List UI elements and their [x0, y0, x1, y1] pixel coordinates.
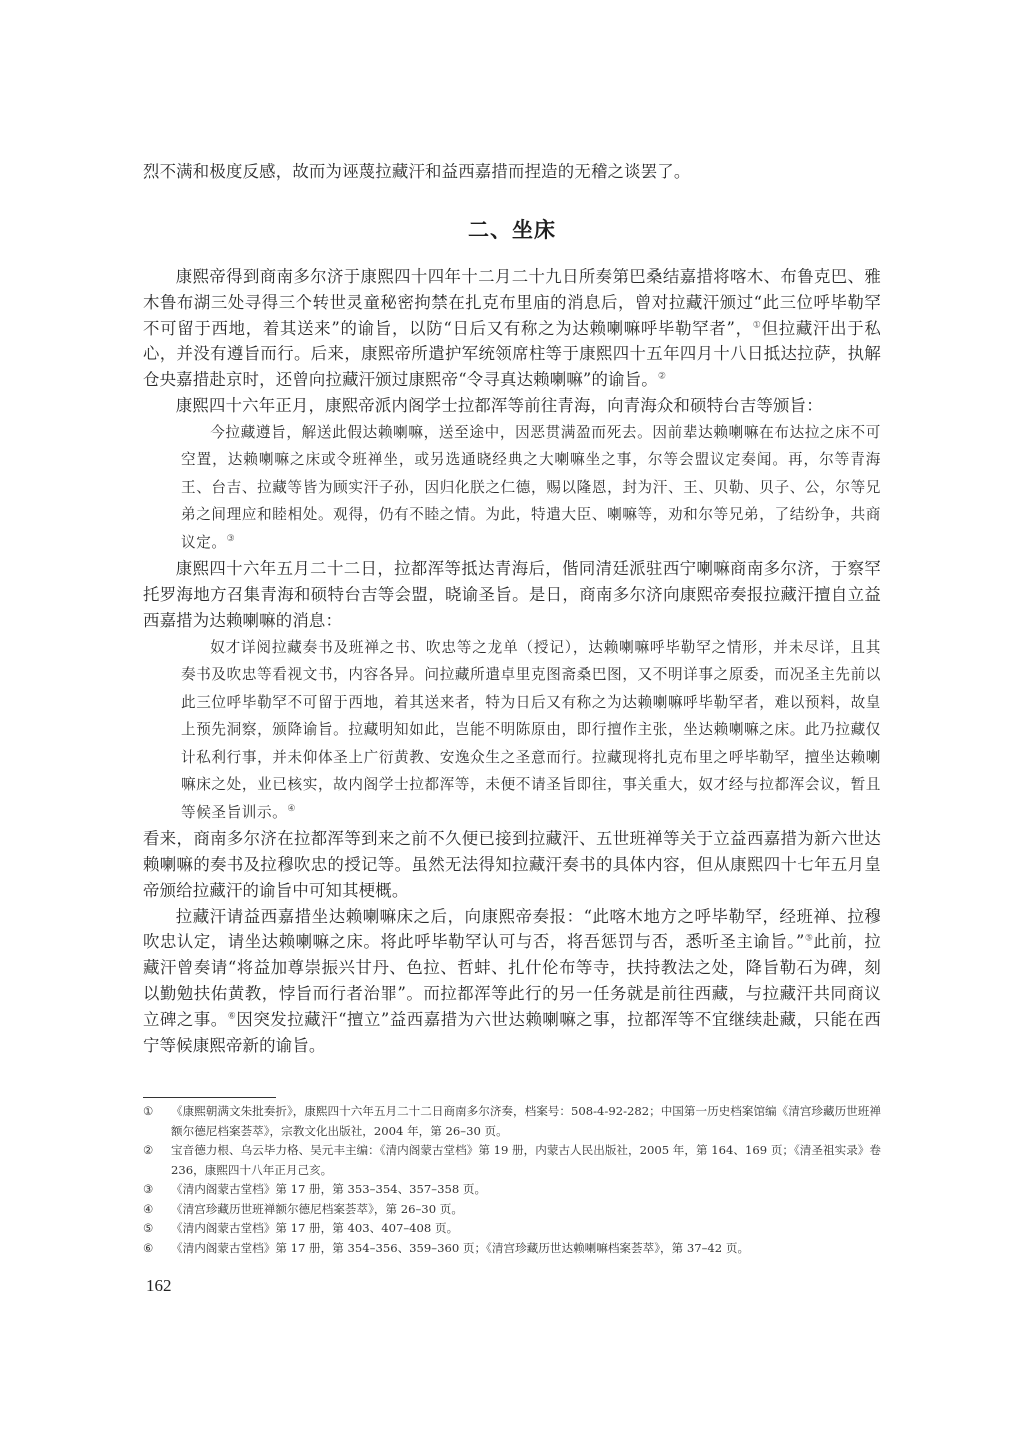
- section-heading: 二、坐床: [143, 214, 881, 244]
- paragraph-1: 康熙帝得到商南多尔济于康熙四十四年十二月二十九日所奏第巴桑结嘉措将喀木、布鲁克巴…: [143, 264, 881, 393]
- footnote-ref-4[interactable]: ④: [287, 804, 296, 814]
- footnote-ref-5[interactable]: ⑤: [805, 934, 814, 944]
- main-text: 康熙帝得到商南多尔济于康熙四十四年十二月二十九日所奏第巴桑结嘉措将喀木、布鲁克巴…: [143, 264, 881, 1058]
- opening-line: 烈不满和极度反感，故而为诬蔑拉藏汗和益西嘉措而捏造的无稽之谈罢了。: [143, 159, 881, 185]
- footnote-text: 《清内阁蒙古堂档》第 17 册，第 354–356、359–360 页；《清宫珍…: [171, 1241, 749, 1255]
- footnote-text: 《清内阁蒙古堂档》第 17 册，第 353–354、357–358 页。: [171, 1182, 486, 1196]
- footnote-text: 《清内阁蒙古堂档》第 17 册，第 403、407–408 页。: [171, 1221, 458, 1235]
- footnote-ref-2[interactable]: ②: [658, 372, 666, 382]
- quote-text: 今拉藏遵旨，解送此假达赖喇嘛，送至途中，因恶贯满盈而死去。因前辈达赖喇嘛在布达拉…: [181, 424, 881, 551]
- footnote-text: 《清宫珍藏历世班禅额尔德尼档案荟萃》，第 26–30 页。: [171, 1202, 463, 1216]
- paragraph-5: 拉藏汗请益西嘉措坐达赖喇嘛床之后，向康熙帝奏报：“此喀木地方之呼毕勒罕，经班禅、…: [143, 904, 881, 1059]
- footnotes: ①《康熙朝满文朱批奏折》，康熙四十六年五月二十二日商南多尔济奏，档案号：508-…: [143, 1102, 881, 1258]
- paragraph-2: 康熙四十六年正月，康熙帝派内阁学士拉都浑等前往青海，向青海众和硕特台吉等颁旨：: [143, 393, 881, 419]
- footnote-3: ③《清内阁蒙古堂档》第 17 册，第 353–354、357–358 页。: [143, 1180, 881, 1200]
- paragraph-3: 康熙四十六年五月二十二日，拉都浑等抵达青海后，偕同清廷派驻西宁喇嘛商南多尔济，于…: [143, 556, 881, 633]
- footnote-ref-3[interactable]: ③: [227, 534, 236, 544]
- footnote-divider: [143, 1097, 276, 1098]
- footnote-2: ②宝音德力根、乌云毕力格、吴元丰主编：《清内阁蒙古堂档》第 19 册，内蒙古人民…: [143, 1141, 881, 1180]
- footnote-number: ②: [143, 1141, 171, 1161]
- footnote-number: ③: [143, 1180, 171, 1200]
- footnote-number: ⑥: [143, 1239, 171, 1259]
- footnote-number: ①: [143, 1102, 171, 1122]
- footnote-number: ⑤: [143, 1219, 171, 1239]
- paragraph-text: 因突发拉藏汗“擅立”益西嘉措为六世达赖喇嘛之事，拉都浑等不宜继续赴藏，只能在西宁…: [143, 1010, 881, 1055]
- footnote-text: 宝音德力根、乌云毕力格、吴元丰主编：《清内阁蒙古堂档》第 19 册，内蒙古人民出…: [171, 1143, 881, 1177]
- footnote-1: ①《康熙朝满文朱批奏折》，康熙四十六年五月二十二日商南多尔济奏，档案号：508-…: [143, 1102, 881, 1141]
- footnote-ref-1[interactable]: ①: [753, 320, 762, 330]
- footnote-5: ⑤《清内阁蒙古堂档》第 17 册，第 403、407–408 页。: [143, 1219, 881, 1239]
- block-quote-2: 奴才详阅拉藏奏书及班禅之书、吹忠等之龙单（授记），达赖喇嘛呼毕勒罕之情形，并未尽…: [143, 634, 881, 827]
- footnote-number: ④: [143, 1200, 171, 1220]
- quote-text: 奴才详阅拉藏奏书及班禅之书、吹忠等之龙单（授记），达赖喇嘛呼毕勒罕之情形，并未尽…: [181, 639, 881, 821]
- paragraph-4: 看来，商南多尔济在拉都浑等到来之前不久便已接到拉藏汗、五世班禅等关于立益西嘉措为…: [143, 826, 881, 903]
- footnote-text: 《康熙朝满文朱批奏折》，康熙四十六年五月二十二日商南多尔济奏，档案号：508-4…: [171, 1104, 881, 1138]
- footnote-6: ⑥《清内阁蒙古堂档》第 17 册，第 354–356、359–360 页；《清宫…: [143, 1239, 881, 1259]
- paragraph-text: 拉藏汗请益西嘉措坐达赖喇嘛床之后，向康熙帝奏报：“此喀木地方之呼毕勒罕，经班禅、…: [143, 907, 881, 952]
- block-quote-1: 今拉藏遵旨，解送此假达赖喇嘛，送至途中，因恶贯满盈而死去。因前辈达赖喇嘛在布达拉…: [143, 419, 881, 557]
- footnote-4: ④《清宫珍藏历世班禅额尔德尼档案荟萃》，第 26–30 页。: [143, 1200, 881, 1220]
- page-number: 162: [146, 1276, 172, 1296]
